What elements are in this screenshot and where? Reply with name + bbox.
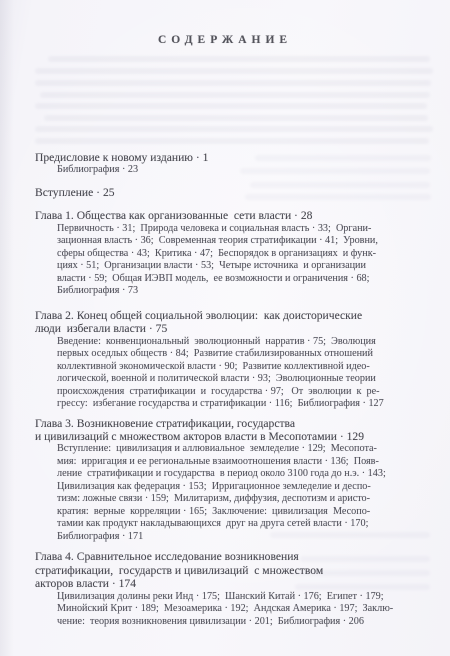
toc-detail-line: Первичность · 31; Природа человека и соц… — [57, 223, 437, 236]
toc-detail-line: Цивилизация долины реки Инд · 175; Шанск… — [57, 591, 437, 604]
toc-detail-line: грессу: избегание государства и стратифи… — [57, 398, 437, 411]
toc-detail-line: Введение: конвенциональный эволюционный … — [57, 336, 437, 349]
toc-detail-line: Вступление: цивилизация и аллювиальное з… — [57, 443, 437, 456]
table-of-contents: Предисловие к новому изданию · 1 Библиог… — [35, 151, 437, 637]
bleed-through-line — [35, 68, 433, 74]
book-page: СОДЕРЖАНИЕ Предисловие к новому изданию … — [0, 0, 450, 656]
toc-detail-line: чение: теория возникновения цивилизации … — [57, 616, 437, 629]
toc-entry-preface: Предисловие к новому изданию · 1 Библиог… — [35, 151, 437, 177]
toc-detail-line: сферы общества · 43; Критика · 47; Беспо… — [57, 248, 437, 261]
bleed-through-line — [35, 80, 431, 86]
toc-detail-line: Цивилизация как федерация · 153; Ирригац… — [57, 481, 437, 494]
toc-detail-line: Библиография · 171 — [57, 531, 437, 544]
toc-heading-line: Глава 3. Возникновение стратификации, го… — [35, 417, 437, 430]
bleed-through-line — [35, 126, 433, 132]
toc-heading-line: стратификации, государств и цивилизаций … — [35, 564, 437, 577]
toc-entry-chapter-2: Глава 2. Конец общей социальной эволюции… — [35, 309, 437, 411]
bleed-through-line — [35, 138, 429, 144]
bleed-through-line — [35, 103, 427, 109]
toc-detail-line: мия: ирригация и ее региональные взаимоо… — [57, 456, 437, 469]
toc-detail-line: кратия: верные корреляции · 165; Заключе… — [57, 506, 437, 519]
toc-detail-line: власти · 59; Общая ИЭВП модель, ее возмо… — [57, 273, 437, 286]
toc-detail-line: циях · 51; Организации власти · 53; Четы… — [57, 260, 437, 273]
toc-detail-line: зационная власть · 36; Современная теори… — [57, 235, 437, 248]
toc-detail-line: Минойский Крит · 189; Мезоамерика · 192;… — [57, 603, 437, 616]
toc-entry-introduction: Вступление · 25 — [35, 186, 437, 199]
toc-detail-line: происхождения стратификации и государств… — [57, 386, 437, 399]
toc-detail-line: ление стратификации и государства в пери… — [57, 468, 437, 481]
toc-heading-line: Вступление · 25 — [35, 186, 437, 199]
toc-heading-line: Глава 4. Сравнительное исследование возн… — [35, 550, 437, 563]
toc-entry-chapter-4: Глава 4. Сравнительное исследование возн… — [35, 550, 437, 628]
toc-detail-line: коллективной экономической власти · 90; … — [57, 361, 437, 374]
toc-detail-line: тизм: ложные связи · 159; Милитаризм, ди… — [57, 493, 437, 506]
toc-heading-line: акторов власти · 174 — [35, 577, 437, 590]
page-title: СОДЕРЖАНИЕ — [0, 34, 450, 46]
toc-detail-line: Библиография · 73 — [57, 285, 437, 298]
toc-heading-line: люди избегали власти · 75 — [35, 322, 437, 335]
bleed-through-line — [40, 92, 430, 98]
bleed-through-line — [48, 56, 430, 62]
toc-detail-line: Библиография · 23 — [57, 164, 437, 177]
toc-heading-line: Предисловие к новому изданию · 1 — [35, 151, 437, 164]
toc-detail-line: логической, военной и политической власт… — [57, 373, 437, 386]
toc-entry-chapter-3: Глава 3. Возникновение стратификации, го… — [35, 417, 437, 544]
toc-detail-line: первых оседлых обществ · 84; Развитие ст… — [57, 348, 437, 361]
toc-heading-line: Глава 1. Общества как организованные сет… — [35, 209, 437, 222]
toc-detail-line: тамии как продукт накладывающихся друг н… — [57, 518, 437, 531]
bleed-through-line — [44, 115, 428, 121]
toc-entry-chapter-1: Глава 1. Общества как организованные сет… — [35, 209, 437, 297]
toc-heading-line: и цивилизаций с множеством акторов власт… — [35, 430, 437, 443]
toc-heading-line: Глава 2. Конец общей социальной эволюции… — [35, 309, 437, 322]
